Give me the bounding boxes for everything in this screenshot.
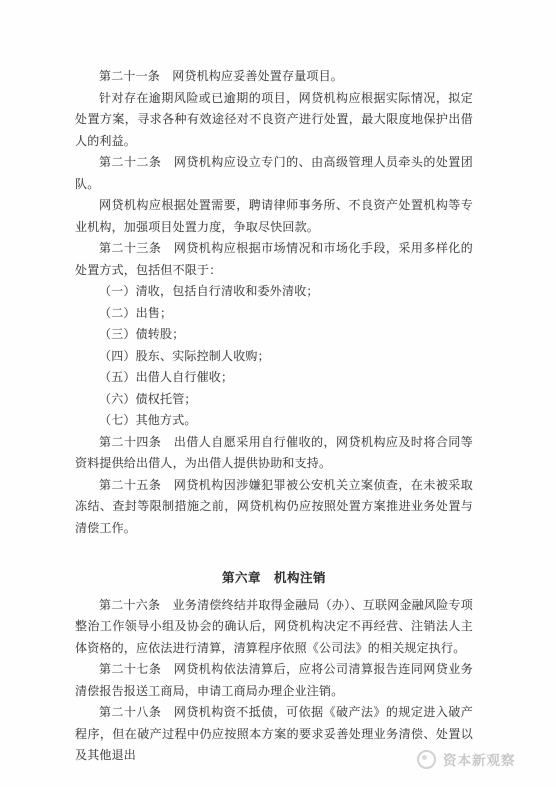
list-item-1: （一）清收，包括自行清收和委外清收； — [75, 281, 473, 303]
document-content: 第二十一条 网贷机构应妥善处置存量项目。 针对存在逾期风险或已逾期的项目，网贷机… — [75, 66, 473, 767]
list-item-2: （二）出售； — [75, 303, 473, 325]
article-27: 第二十七条 网贷机构依法清算后，应将公司清算报告连同网贷业务清偿报告报送工商局，… — [75, 659, 473, 702]
article-23: 第二十三条 网贷机构应根据市场情况和市场化手段，采用多样化的处置方式，包括但不限… — [75, 238, 473, 281]
chapter-6-heading: 第六章 机构注销 — [75, 568, 473, 590]
article-22: 第二十二条 网贷机构应设立专门的、由高级管理人员牵头的处置团队。 — [75, 152, 473, 195]
document-page: 第二十一条 网贷机构应妥善处置存量项目。 针对存在逾期风险或已逾期的项目，网贷机… — [0, 0, 556, 787]
article-28: 第二十八条 网贷机构资不抵债，可依据《破产法》的规定进入破产程序，但在破产过程中… — [75, 702, 473, 767]
article-21: 第二十一条 网贷机构应妥善处置存量项目。 — [75, 66, 473, 88]
article-24: 第二十四条 出借人自愿采用自行催收的，网贷机构应及时将合同等资料提供给出借人，为… — [75, 432, 473, 475]
list-item-7: （七）其他方式。 — [75, 410, 473, 432]
list-item-5: （五）出借人自行催收； — [75, 367, 473, 389]
article-21-detail: 针对存在逾期风险或已逾期的项目，网贷机构应根据实际情况，拟定处置方案，寻求各种有… — [75, 88, 473, 153]
watermark-logo-icon — [417, 750, 436, 769]
article-22-detail: 网贷机构应根据处置需要，聘请律师事务所、不良资产处置机构等专业机构，加强项目处置… — [75, 195, 473, 238]
watermark-label: 资本新观察 — [443, 749, 516, 769]
list-item-3: （三）债转股； — [75, 324, 473, 346]
list-item-6: （六）债权托管； — [75, 389, 473, 411]
list-item-4: （四）股东、实际控制人收购； — [75, 346, 473, 368]
article-26: 第二十六条 业务清偿终结并取得金融局（办）、互联网金融风险专项整治工作领导小组及… — [75, 595, 473, 660]
watermark: 资本新观察 — [417, 749, 516, 769]
article-25: 第二十五条 网贷机构因涉嫌犯罪被公安机关立案侦查，在未被采取冻结、查封等限制措施… — [75, 475, 473, 540]
